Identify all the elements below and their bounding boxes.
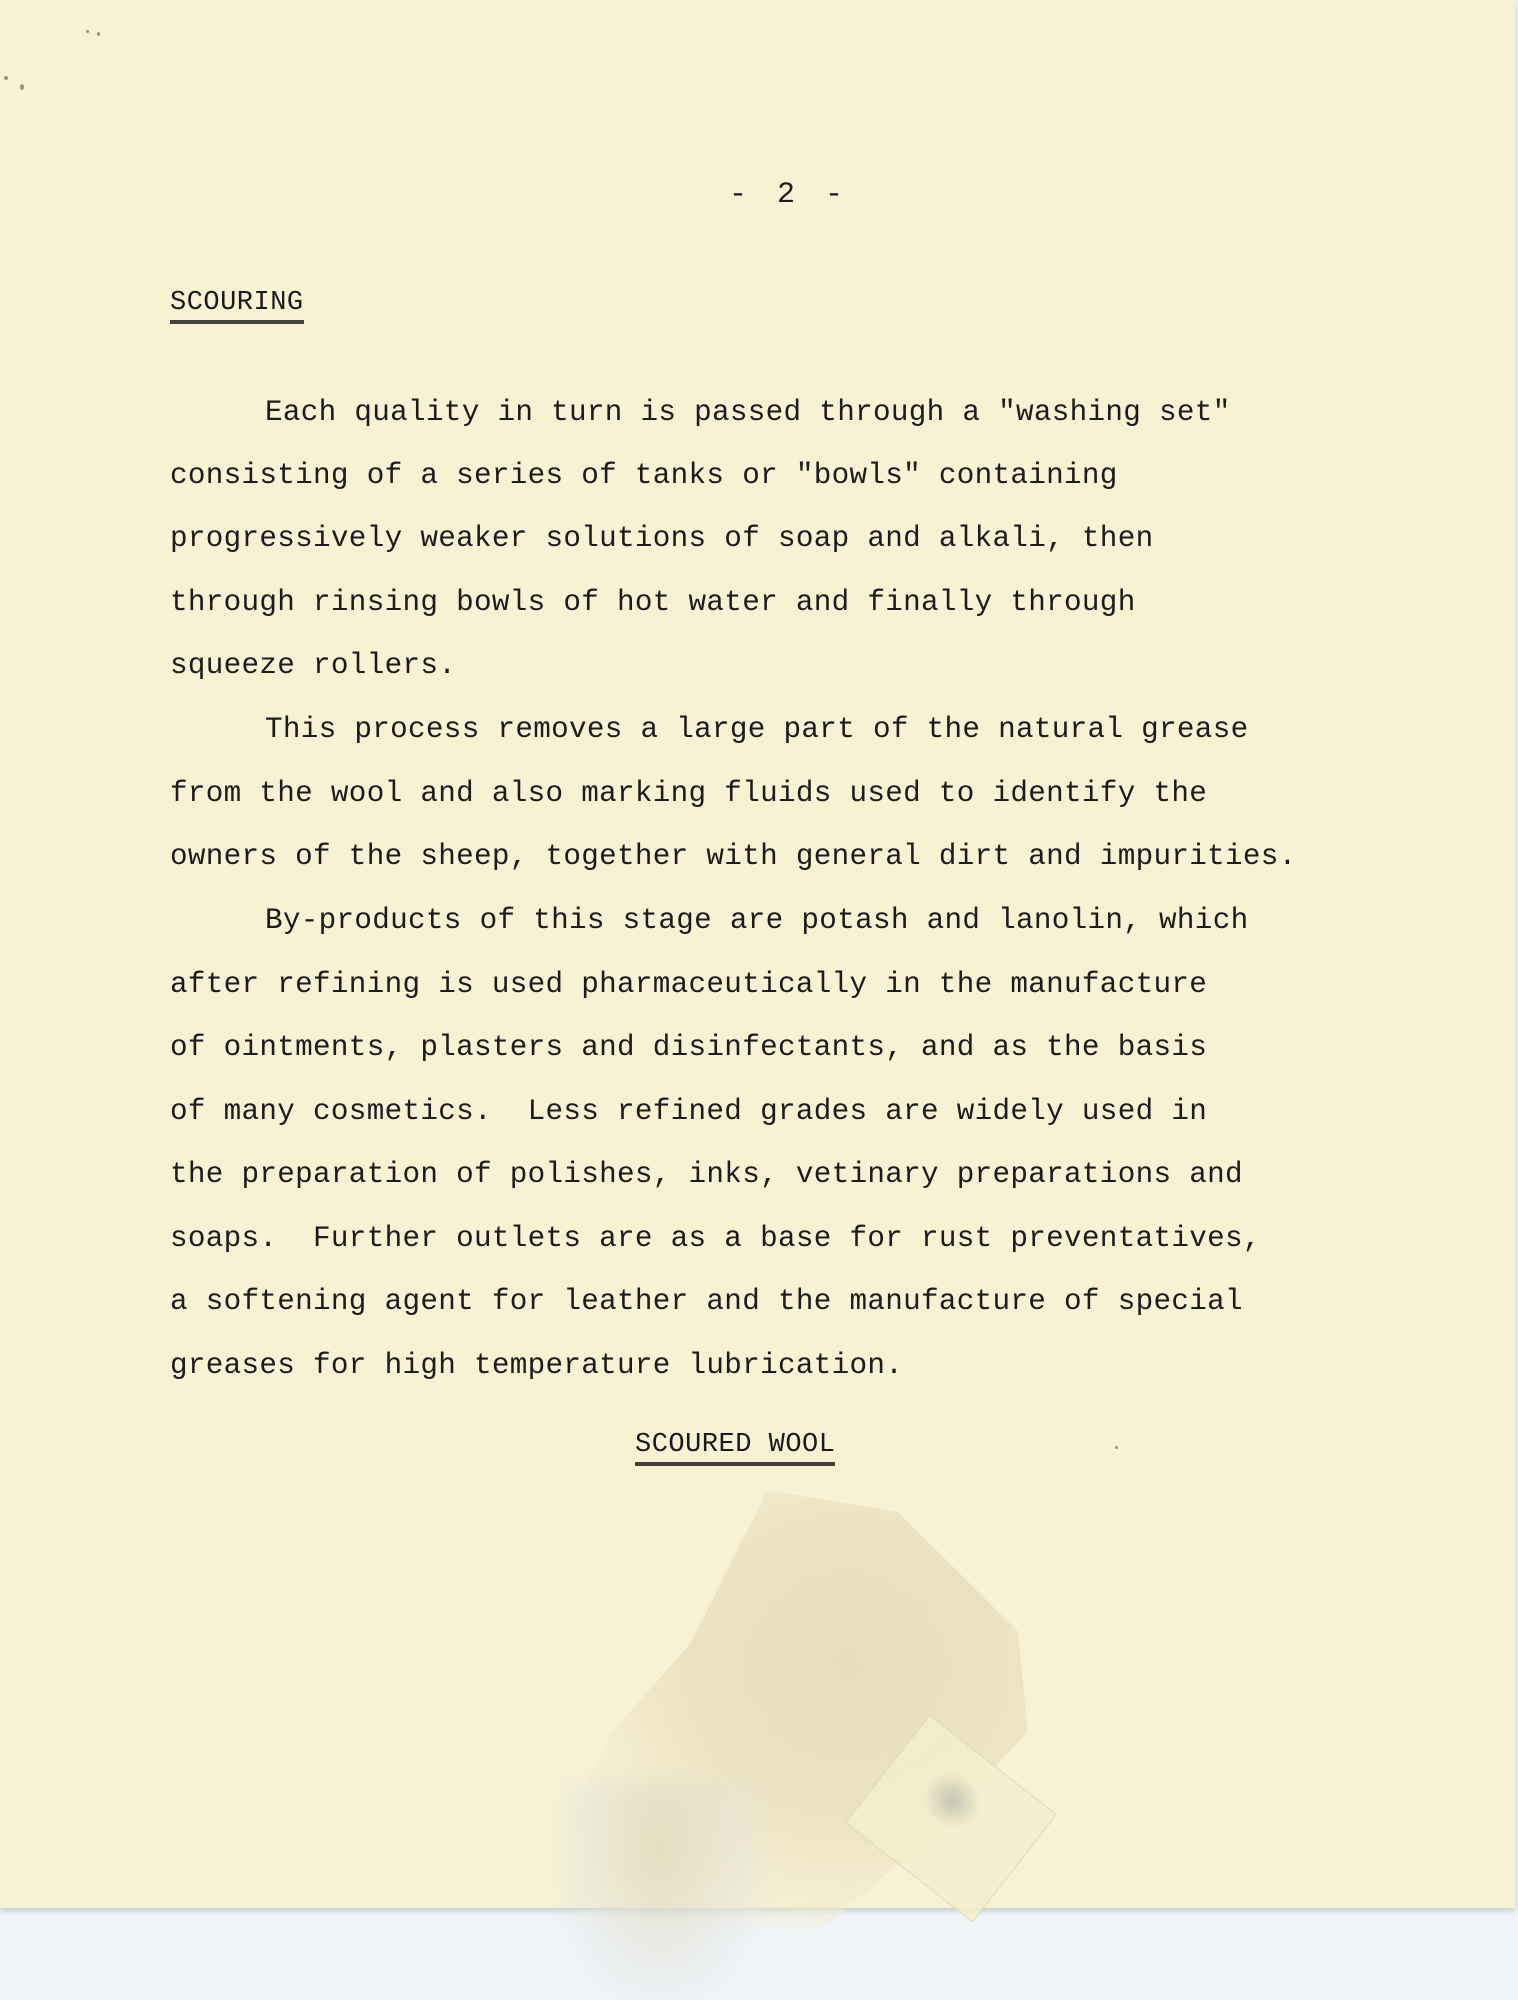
paper-speck <box>86 30 89 33</box>
body-line: consisting of a series of tanks or "bowl… <box>170 459 1118 492</box>
body-line: This process removes a large part of the… <box>265 713 1248 746</box>
body-line: from the wool and also marking fluids us… <box>170 777 1207 810</box>
paper-speck <box>97 32 100 36</box>
body-line: of many cosmetics. Less refined grades a… <box>170 1095 1207 1128</box>
body-line: after refining is used pharmaceutically … <box>170 968 1207 1001</box>
body-line: owners of the sheep, together with gener… <box>170 840 1297 873</box>
paper-speck <box>1115 1446 1118 1449</box>
body-line: through rinsing bowls of hot water and f… <box>170 586 1136 619</box>
body-line: a softening agent for leather and the ma… <box>170 1285 1243 1318</box>
body-line: of ointments, plasters and disinfectants… <box>170 1031 1207 1064</box>
body-line: squeeze rollers. <box>170 649 456 682</box>
document-page: - 2 - SCOURING Each quality in turn is p… <box>0 0 1515 1908</box>
section-heading-text: SCOURED WOOL <box>635 1430 835 1460</box>
paper-speck <box>4 76 8 80</box>
paper-speck <box>20 84 24 90</box>
page-number: - 2 - <box>0 178 1518 212</box>
section-heading-scouring: SCOURING <box>170 288 304 324</box>
body-line: greases for high temperature lubrication… <box>170 1349 903 1382</box>
body-line: Each quality in turn is passed through a… <box>265 396 1231 429</box>
wool-sample-overhang <box>560 1780 760 2000</box>
section-heading-scoured-wool: SCOURED WOOL <box>635 1430 835 1466</box>
body-line: By-products of this stage are potash and… <box>265 904 1248 937</box>
body-line: the preparation of polishes, inks, vetin… <box>170 1158 1243 1191</box>
section-heading-text: SCOURING <box>170 288 304 318</box>
body-line: progressively weaker solutions of soap a… <box>170 522 1153 555</box>
heading-underline <box>635 1462 835 1466</box>
body-line: soaps. Further outlets are as a base for… <box>170 1222 1261 1255</box>
heading-underline <box>170 320 304 324</box>
